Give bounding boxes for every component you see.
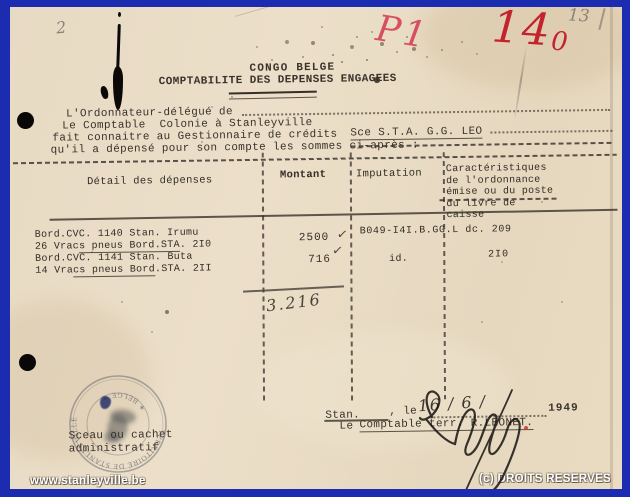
row2-l2-post: .STA. 2II	[155, 263, 212, 275]
page-subtitle: COMPTABILITE DES DEPENSES ENGAGEES	[159, 73, 397, 88]
row2-detail-line2: 14 Vracs pneus Bord.STA. 2II	[35, 263, 212, 276]
fill-line-dotted	[490, 120, 612, 134]
row2-l2-pre: 14 Vra	[35, 265, 73, 277]
row1-l2-post: . 2I0	[180, 239, 212, 250]
row2-montant: 716	[308, 255, 331, 266]
row2-imputation: id.	[389, 254, 408, 265]
row2-detail-line1: Bord.CVC. 1141 Stan. Buta	[35, 252, 193, 265]
fill-line-dotted	[242, 99, 610, 116]
row1-l2-pre: 26 Vrac	[35, 241, 79, 253]
intro-line-3-value: Sce S.T.A. G.G. LEO	[350, 126, 482, 141]
row1-detail-line1: Bord.CVC. 1140 Stan. Irumu	[35, 228, 199, 241]
checkmark-icon: ✓	[331, 243, 344, 259]
row2-l2-underlined: cs pneus Bord	[73, 264, 155, 277]
checkmark-icon: ✓	[336, 227, 349, 243]
signature-scribble	[385, 378, 575, 497]
watermark-site: www.stanleyville.be	[30, 475, 146, 487]
paper-speckles	[0, 0, 2, 2]
row1-imputation: B049-I4I.B.GG.L dc. 209	[360, 224, 512, 237]
round-stamp: TERRITOIRE DE STANLEYVILLE ✶ BELGE ✶	[60, 364, 176, 484]
table-column-line-2	[350, 152, 353, 400]
scanned-document: 2 13 P1 140 CONGO BELGE COMPTABILITE DES…	[0, 0, 630, 497]
header-detail: Détail des dépenses	[87, 175, 213, 188]
row1-montant: 2500	[299, 233, 330, 244]
signatory-prefix: Le	[339, 420, 360, 432]
header-montant: Montant	[280, 170, 326, 182]
header-caracteristiques: Caractéristiques de l'ordonnance émise o…	[446, 163, 559, 222]
stamp-emblem	[104, 408, 137, 446]
row2-caracteristiques: 2I0	[488, 249, 509, 260]
table-column-line-1	[262, 153, 265, 402]
title-underline	[229, 91, 317, 100]
header-imputation: Imputation	[356, 168, 422, 180]
